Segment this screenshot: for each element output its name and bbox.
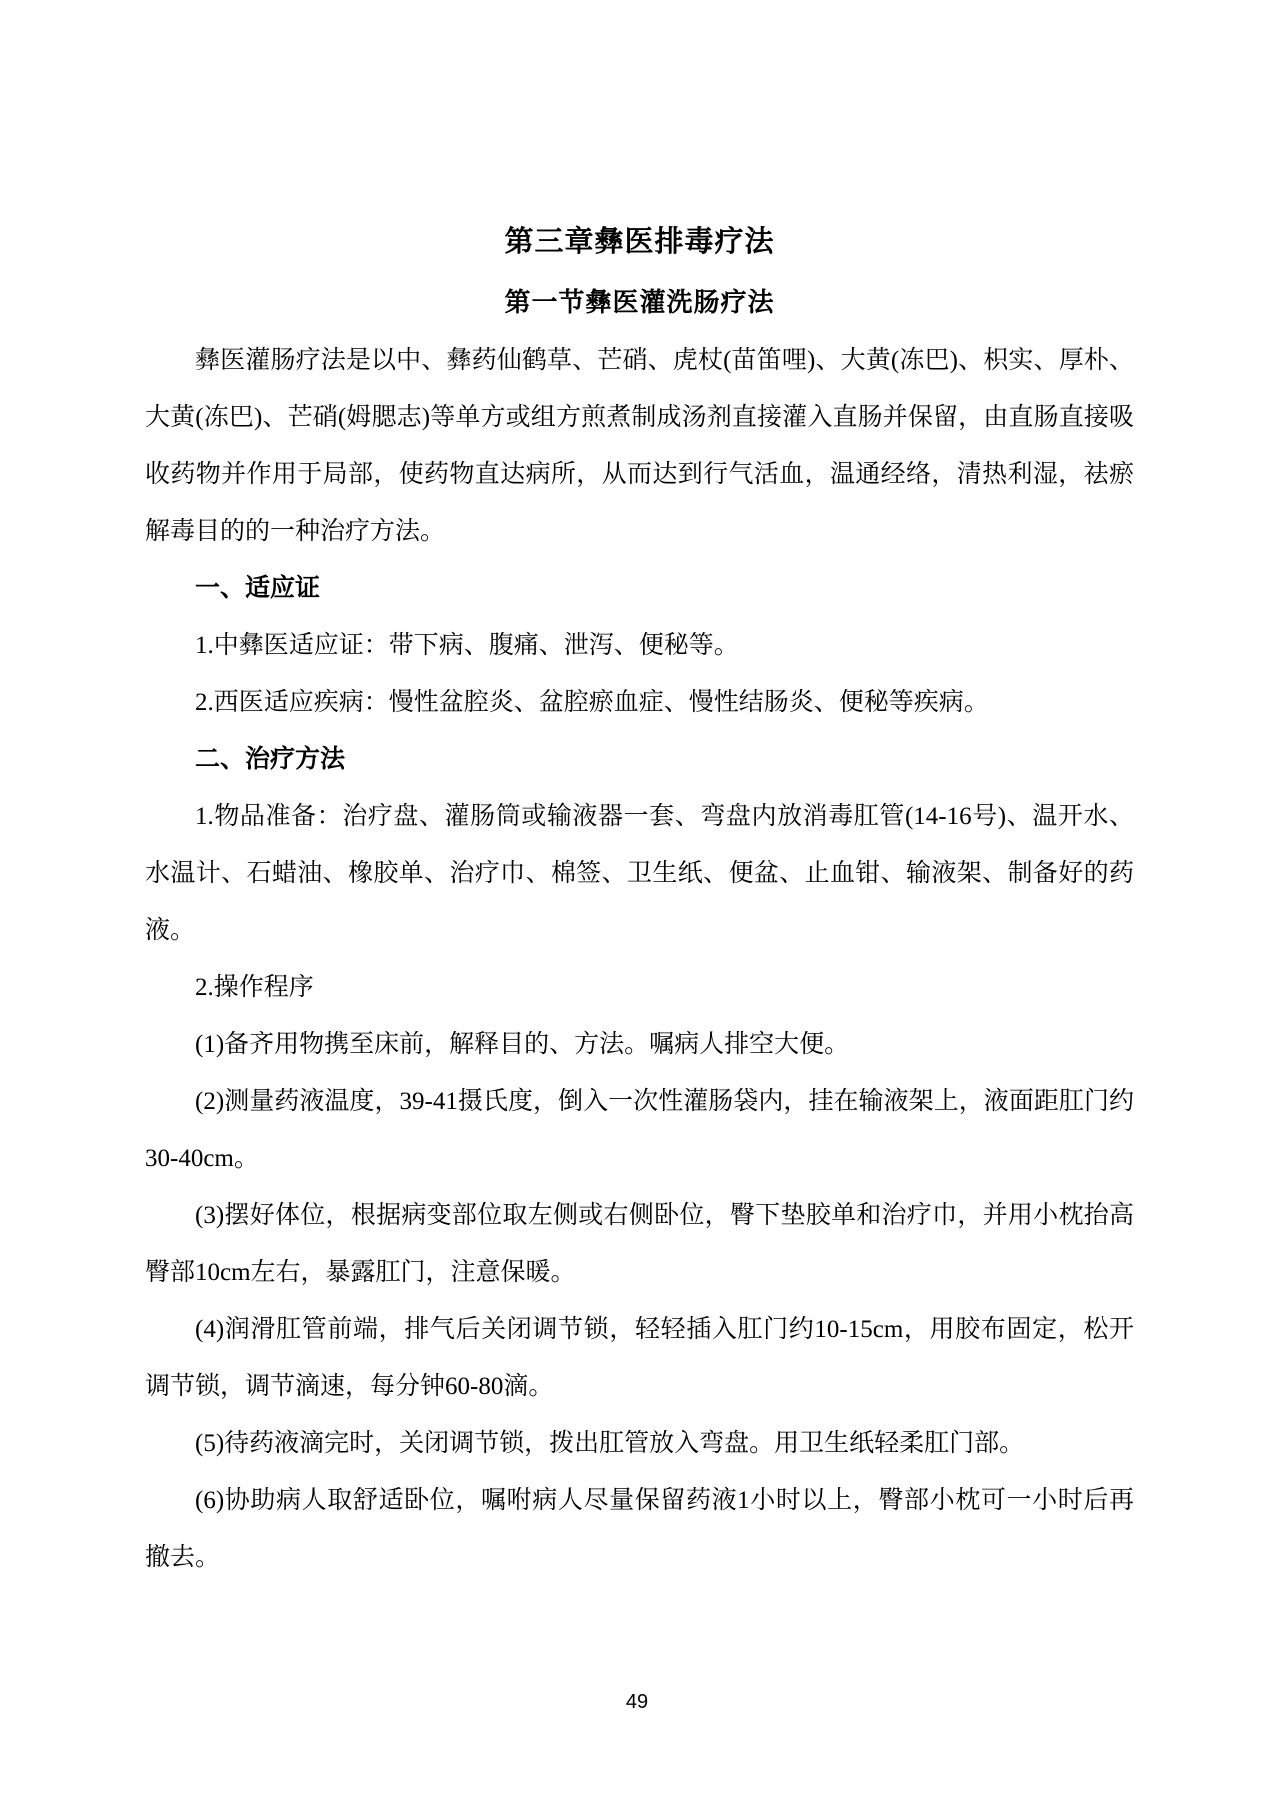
page-content: 第三章彝医排毒疗法 第一节彝医灌洗肠疗法 彝医灌肠疗法是以中、彝药仙鹤草、芒硝、…	[145, 212, 1134, 1586]
chapter-title: 第三章彝医排毒疗法	[145, 212, 1134, 272]
treatment-preparation: 1.物品准备：治疗盘、灌肠筒或输液器一套、弯盘内放消毒肛管(14-16号)、温开…	[145, 788, 1134, 959]
procedure-step-1: (1)备齐用物携至床前，解释目的、方法。嘱病人排空大便。	[145, 1016, 1134, 1073]
intro-paragraph: 彝医灌肠疗法是以中、彝药仙鹤草、芒硝、虎杖(苗笛哩)、大黄(冻巴)、枳实、厚朴、…	[145, 332, 1134, 560]
indications-item-1: 1.中彝医适应证：带下病、腹痛、泄泻、便秘等。	[145, 617, 1134, 674]
procedure-step-6: (6)协助病人取舒适卧位，嘱咐病人尽量保留药液1小时以上，臀部小枕可一小时后再撤…	[145, 1472, 1134, 1586]
document-page: 第三章彝医排毒疗法 第一节彝医灌洗肠疗法 彝医灌肠疗法是以中、彝药仙鹤草、芒硝、…	[0, 0, 1274, 1801]
procedure-step-3: (3)摆好体位，根据病变部位取左侧或右侧卧位，臀下垫胶单和治疗巾，并用小枕抬高臀…	[145, 1187, 1134, 1301]
page-number: 49	[0, 1690, 1274, 1714]
indications-item-2: 2.西医适应疾病：慢性盆腔炎、盆腔瘀血症、慢性结肠炎、便秘等疾病。	[145, 674, 1134, 731]
treatment-procedure-title: 2.操作程序	[145, 959, 1134, 1016]
section-title: 第一节彝医灌洗肠疗法	[145, 272, 1134, 332]
procedure-step-5: (5)待药液滴完时，关闭调节锁，拨出肛管放入弯盘。用卫生纸轻柔肛门部。	[145, 1415, 1134, 1472]
heading-indications: 一、适应证	[145, 560, 1134, 617]
procedure-step-4: (4)润滑肛管前端，排气后关闭调节锁，轻轻插入肛门约10-15cm，用胶布固定，…	[145, 1301, 1134, 1415]
procedure-step-2: (2)测量药液温度，39-41摄氏度，倒入一次性灌肠袋内，挂在输液架上，液面距肛…	[145, 1073, 1134, 1187]
heading-treatment-method: 二、治疗方法	[145, 731, 1134, 788]
